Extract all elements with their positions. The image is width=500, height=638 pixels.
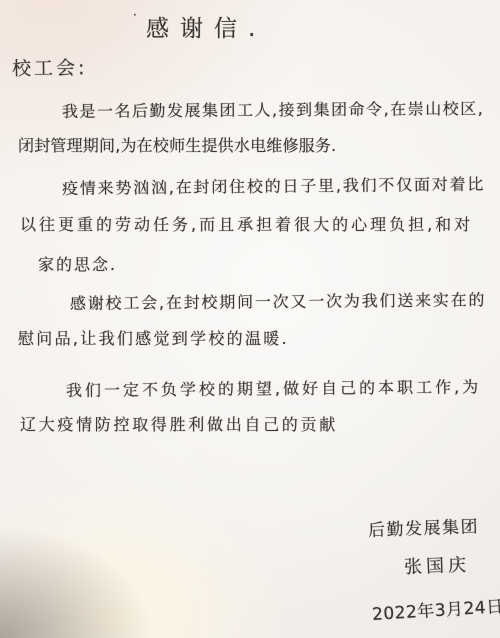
letter-salutation: 校工会:: [12, 53, 88, 81]
paragraph4-line1: 我们一定不负学校的期望,做好自己的本职工作,为: [66, 374, 481, 401]
letter-photo: · 感谢信. 校工会: 我是一名后勤发展集团工人,接到集团命令,在崇山校区, 闭…: [0, 0, 500, 638]
paragraph4-line2: 辽大疫情防控取得胜利做出自己的贡献: [20, 412, 338, 435]
paragraph1-line2: 闭封管理期间,为在校师生提供水电维修服务.: [18, 133, 336, 156]
paragraph1-line1: 我是一名后勤发展集团工人,接到集团命令,在崇山校区,: [62, 96, 484, 122]
letter-title: 感谢信.: [146, 10, 266, 43]
signature-name: 张国庆: [404, 551, 471, 579]
signature-date: 2022年3月24日: [371, 592, 500, 625]
paragraph3-line1: 感谢校工会,在封校期间一次又一次为我们送来实在的: [70, 287, 486, 314]
ink-dot: ·: [133, 8, 137, 22]
signature-organization: 后勤发展集团: [368, 512, 480, 541]
paragraph2-line3: 家的思念.: [38, 252, 117, 275]
paragraph3-line2: 慰问品,让我们感觉到学校的温暖.: [18, 326, 289, 349]
paragraph2-line1: 疫情来势汹汹,在封闭住校的日子里,我们不仅面对着比: [62, 172, 485, 199]
paragraph2-line2: 以往更重的劳动任务,而且承担着很大的心理负担,和对: [20, 212, 473, 235]
